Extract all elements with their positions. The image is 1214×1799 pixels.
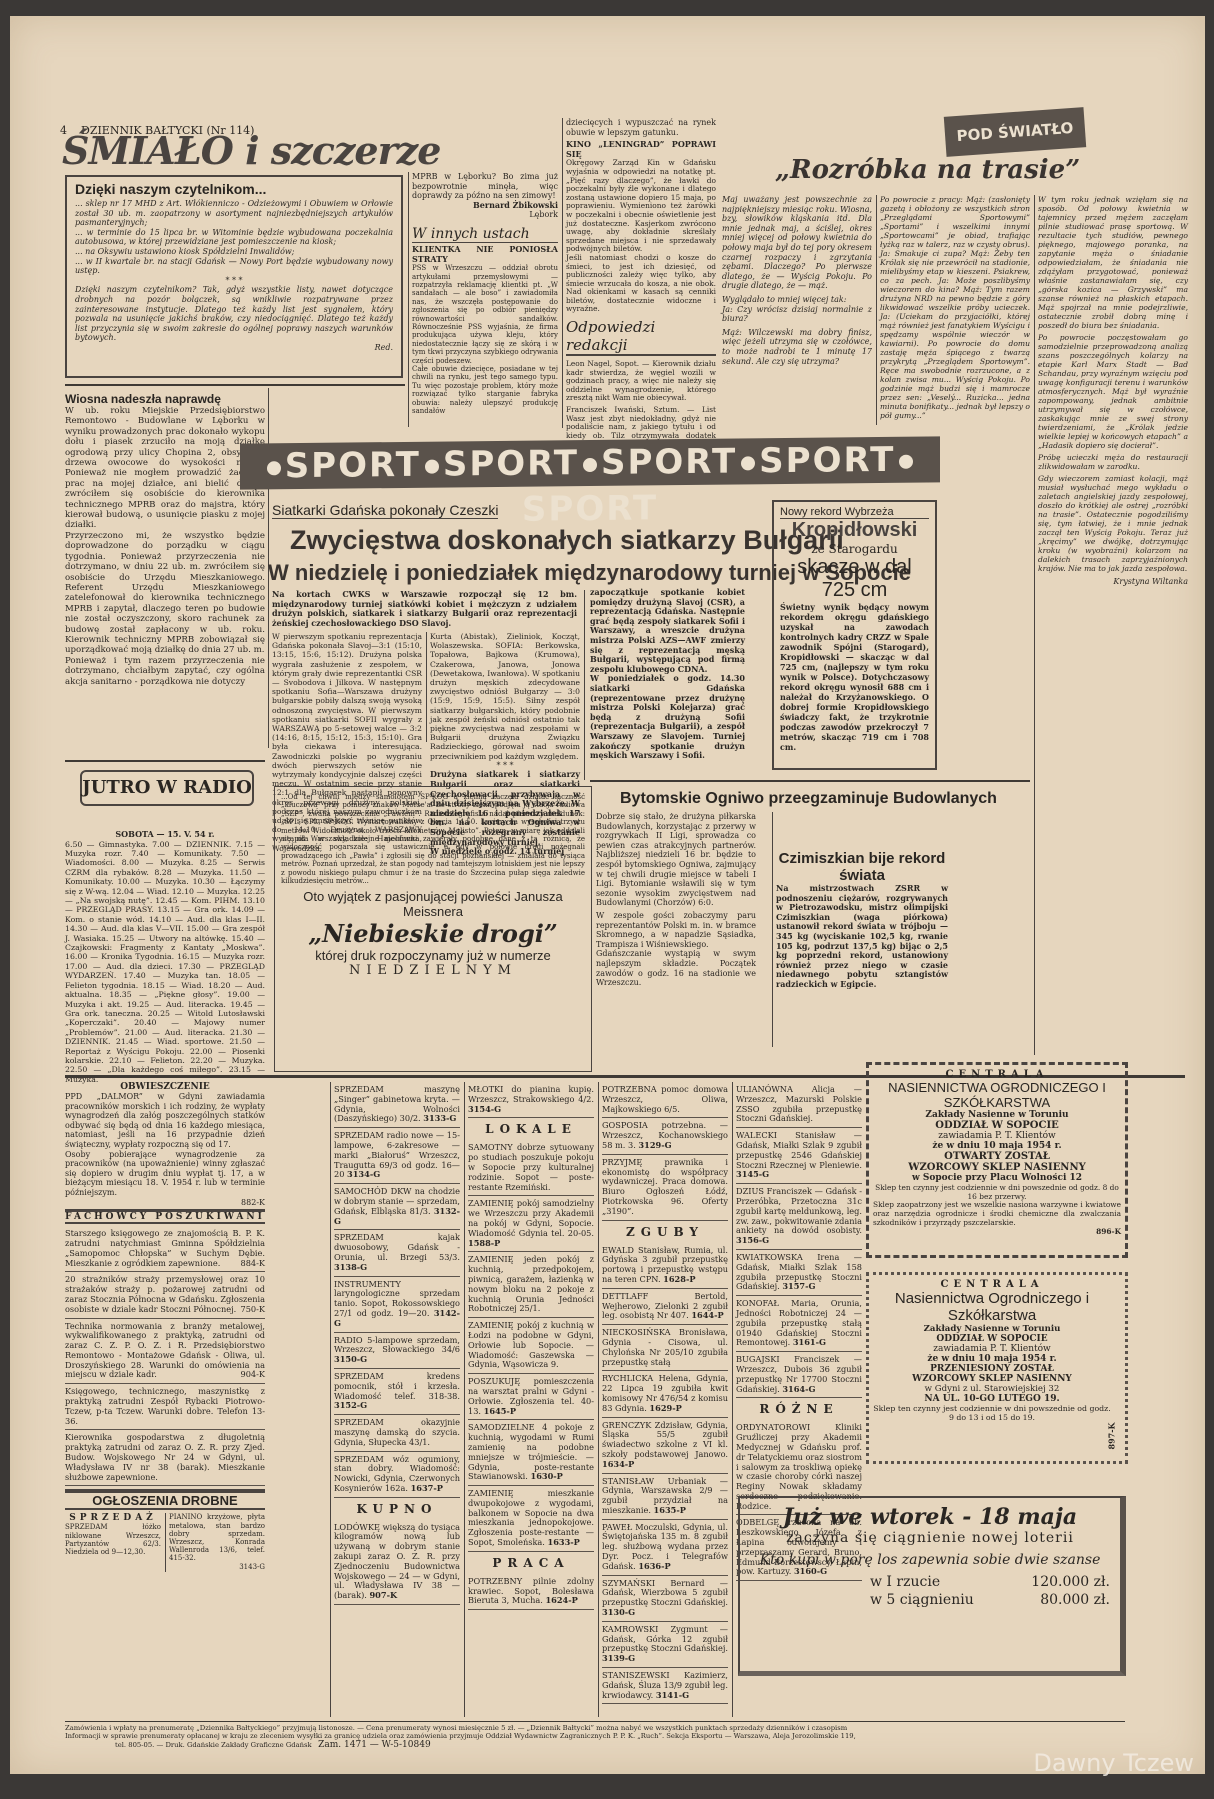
ad-line: że w dniu 10 maja 1954 r. bbox=[873, 1354, 1111, 1364]
code: 3143-G bbox=[169, 1563, 265, 1573]
ad-line: Sklep ten czynny jest codziennie w dni p… bbox=[873, 1183, 1121, 1201]
code: 3133-G bbox=[423, 1113, 456, 1123]
classifieds-col2: SPRZEDAM maszynę „Singer” gabinetowa kry… bbox=[334, 1082, 460, 1605]
code: 1628-P bbox=[663, 1274, 695, 1284]
ad-line: że w dniu 10 maja 1954 r. bbox=[873, 1141, 1121, 1151]
radio-logo: JUTRO W RADIO bbox=[80, 770, 254, 806]
ad-text: WALECKI Stanisław — Gdańsk, Miałki Szlak… bbox=[736, 1130, 862, 1169]
ad-line: NA UL. 10-GO LUTEGO 19. bbox=[873, 1394, 1111, 1404]
lost-item-ad: KONOFAŁ Maria, Orunia, Jedności Robotnic… bbox=[736, 1296, 862, 1352]
lottery-row: w I rzucie 120.000 zł. bbox=[870, 1574, 1110, 1590]
code: 904-K bbox=[240, 1370, 265, 1380]
classified-ad: SPRZEDAM radio nowe — 15-lampowe, 6-zakr… bbox=[334, 1128, 460, 1184]
ad-text: KAMROWSKI Zygmunt — Gdańsk, Górka 12 zgu… bbox=[602, 1624, 728, 1654]
watermark: Dawny Tczew bbox=[1033, 1749, 1194, 1777]
section-title: OGŁOSZENIA DROBNE bbox=[65, 1489, 265, 1510]
section-title: FACHOWCY POSZUKIWANI bbox=[65, 1209, 265, 1224]
headline: skacze w dal 725 cm bbox=[780, 556, 929, 602]
code: 1636-P bbox=[638, 1561, 670, 1571]
ad-line: ODDZIAŁ W SOPOCIE bbox=[873, 1120, 1121, 1131]
radio-day: SOBOTA — 15. V. 54 r. bbox=[65, 830, 265, 840]
classified-ad: SPRZEDAM kredens pomocnik, stół i krzesł… bbox=[334, 1369, 460, 1415]
code: 3139-G bbox=[602, 1653, 635, 1663]
code: 3164-G bbox=[782, 1384, 815, 1394]
rozrobka-title: „Rozróbka na trasie” bbox=[775, 155, 1080, 185]
signature: Red. bbox=[75, 343, 393, 353]
classified-ad: GOSPOSIA potrzebna. — Wrzeszcz, Kochanow… bbox=[602, 1118, 728, 1154]
lost-item-ad: WALECKI Stanisław — Gdańsk, Miałki Szlak… bbox=[736, 1128, 862, 1184]
lost-item-ad: DETTLAFF Bertold, Wejherowo, Zielonki 2 … bbox=[602, 1289, 728, 1325]
sport-col-c: zapoczątkuje spotkanie kobiet pomiędzy d… bbox=[590, 588, 745, 761]
signature: Krystyna Wiltanka bbox=[1038, 577, 1188, 587]
footer: Zamówienia i wpłaty na prenumeratę „Dzie… bbox=[65, 1724, 1125, 1749]
job-ad: Kierownika gospodarstwa z długoletnią pr… bbox=[65, 1432, 265, 1481]
lost-item-ad: ULIANÓWNA Alicja — Wrzeszcz, Mazurski Po… bbox=[736, 1082, 862, 1128]
promo-line: której druk rozpoczynamy już w numerze bbox=[281, 948, 585, 963]
ad-line: zawiadamia P. T. Klientów bbox=[873, 1131, 1121, 1141]
promo-line: NIEDZIELNYM bbox=[281, 963, 585, 978]
ad-line: PRZENIESIONY ZOSTAŁ bbox=[873, 1364, 1111, 1374]
lost-item-ad: GRENCZYK Zdzisław, Gdynia, Śląska 55/5 z… bbox=[602, 1418, 728, 1474]
readers-item: ... sklep nr 17 MHD z Art. Włókienniczo … bbox=[75, 199, 393, 228]
classified-ad: LODÓWKĘ większą do tysiąca kilogramów no… bbox=[334, 1520, 460, 1605]
section-title: PRACA bbox=[468, 1556, 594, 1570]
lost-item-ad: DZIUS Franciszek — Gdańsk - Przeróbka, P… bbox=[736, 1184, 862, 1250]
section-title: ZGUBY bbox=[602, 1225, 728, 1239]
prize-amount: 80.000 zł. bbox=[1040, 1592, 1110, 1608]
code: 1588-P bbox=[468, 1238, 500, 1248]
ad-line: Nasiennictwa Ogrodniczego i Szkółkarstwa bbox=[873, 1290, 1111, 1324]
ad-text: PRZYJMĘ prawnika i ekonomistę do współpr… bbox=[602, 1157, 728, 1216]
ad-line: CENTRALA bbox=[873, 1069, 1121, 1080]
code: 3130-G bbox=[602, 1607, 635, 1617]
ad-text: SPRZEDAM kredens pomocnik, stół i krzesł… bbox=[334, 1371, 460, 1401]
code: 3150-G bbox=[334, 1354, 367, 1364]
prize-amount: 120.000 zł. bbox=[1031, 1574, 1110, 1590]
code: 884-K bbox=[240, 1259, 265, 1269]
lead: Na kortach CWKS w Warszawie rozpoczął si… bbox=[272, 590, 577, 628]
ad-line: Sklep zaopatrzony jest we wszelkie nasio… bbox=[873, 1201, 1121, 1227]
section-title: SPRZEDAŻ bbox=[65, 1513, 161, 1523]
classified-ad: POTRZEBNY pilnie zdolny krawiec. Sopot, … bbox=[468, 1574, 594, 1610]
classified-ad: INSTRUMENTY laryngologiczne sprzedam tan… bbox=[334, 1277, 460, 1333]
bytom-text: Dobrze się stało, że drużyna piłkarska B… bbox=[596, 812, 756, 988]
ad-line: WZORCOWY SKLEP NASIENNY bbox=[873, 1162, 1121, 1173]
classified-ad: SPRZEDAM maszynę „Singer” gabinetowa kry… bbox=[334, 1082, 460, 1128]
classified-ad: PIANINO krzyżowe, płyta metalowa, stan b… bbox=[169, 1513, 265, 1562]
code: 3156-G bbox=[736, 1235, 769, 1245]
lottery-row: w 5 ciągnieniu 80.000 zł. bbox=[870, 1592, 1110, 1608]
ad-text: SPRZEDAM okazyjnie maszynę damską do szy… bbox=[334, 1417, 460, 1447]
ad-text: SPRZEDAM kajak dwuosobowy, Gdańsk - Orun… bbox=[334, 1232, 460, 1262]
section-title: RÓŻNE bbox=[736, 1402, 862, 1416]
job-ad: 20 strażników straży przemysłowej oraz 1… bbox=[65, 1274, 265, 1313]
sport-lead: Na kortach CWKS w Warszawie rozpoczął si… bbox=[272, 590, 577, 628]
code: 3157-G bbox=[782, 1281, 815, 1291]
text: Dobrze się stało, że drużyna piłkarska B… bbox=[596, 812, 756, 908]
ad-line: w Gdyni z ul. Starowiejskiej 32 bbox=[873, 1384, 1111, 1394]
code: 1630-P bbox=[531, 1471, 563, 1481]
text: Gdańszczanie wystąpią w swym najlepszym … bbox=[596, 949, 756, 987]
rozrobka-col3: W tym roku jednak wzięłam się na sposób.… bbox=[1038, 195, 1188, 587]
classified-ad: SAMODZIELNE 4 pokoje z kuchnią, wygodami… bbox=[468, 1420, 594, 1486]
ad-text: ZAMIENIĘ jeden pokój z kuchnią, przedpok… bbox=[468, 1254, 594, 1313]
classified-ad: ZAMIENIĘ pokój z kuchnią w Łodzi na podo… bbox=[468, 1318, 594, 1374]
classifieds-col4: POTRZEBNA pomoc domowa Wrzeszcz, Oliwa, … bbox=[602, 1082, 728, 1704]
code: 3154-G bbox=[468, 1104, 501, 1114]
article-text: W ub. roku Miejskie Przedsiębiorstwo Rem… bbox=[65, 406, 265, 531]
item-text: Całe obuwie dziecięce, posiadane w tej c… bbox=[412, 365, 558, 415]
ad-text: POTRZEBNA pomoc domowa Wrzeszcz, Oliwa, … bbox=[602, 1084, 728, 1114]
classified-ad: ZAMIENIĘ jeden pokój z kuchnią, przedpok… bbox=[468, 1252, 594, 1318]
subhead: ze Starogardu bbox=[780, 542, 929, 556]
text: W poniedziałek o godz. 14.30 siatkarki G… bbox=[590, 674, 745, 760]
sport-word: SPORT bbox=[285, 445, 421, 486]
bytom-title: Bytomskie Ogniwo przeegzaminuje Budowlan… bbox=[620, 790, 997, 808]
classified-ad: SAMOCHÓD DKW na chodzie w dobrym stanie … bbox=[334, 1184, 460, 1230]
item-title: KINO „LENINGRAD” POPRAWI SIĘ bbox=[566, 140, 716, 159]
ad-text: SAMOTNY dobrze sytuowany po studiach pos… bbox=[468, 1142, 594, 1191]
code: 1637-P bbox=[411, 1483, 443, 1493]
title: Czimiszkian bije rekord świata bbox=[776, 850, 948, 884]
kicker: Nowy rekord Wybrzeża bbox=[780, 506, 929, 519]
text: Kurta (Abistak), Zieliniok, Kocząt, Wola… bbox=[430, 632, 580, 761]
code: 3145-G bbox=[736, 1169, 769, 1179]
ad-line: WZORCOWY SKLEP NASIENNY bbox=[873, 1374, 1111, 1384]
ad-line: Zakłady Nasienne w Toruniu bbox=[873, 1324, 1111, 1334]
ad-line: NASIENNICTWA OGRODNICZEGO I SZKÓŁKARSTWA bbox=[873, 1080, 1121, 1110]
text: Mąż: Wilczewski ma dobry finisz, więc je… bbox=[722, 328, 872, 366]
headline: Kropidłowski bbox=[780, 519, 929, 542]
classifieds-col3: MŁOTKI do pianina kupię. Wrzeszcz, Strak… bbox=[468, 1082, 594, 1610]
ad-line: Sklep ten czynny jest codziennie w dni p… bbox=[873, 1404, 1111, 1422]
kropidlowski-box: Nowy rekord Wybrzeża Kropidłowski ze Sta… bbox=[772, 500, 937, 770]
prize-label: w 5 ciągnieniu bbox=[870, 1592, 974, 1608]
rozrobka-col2: Po powrocie z pracy: Mąż: (zasłonięty ga… bbox=[880, 195, 1030, 420]
centrala-ad-2: CENTRALA Nasiennictwa Ogrodniczego i Szk… bbox=[866, 1272, 1128, 1464]
code: 3134-G bbox=[347, 1169, 380, 1179]
wiosna-article: Wiosna nadeszła naprawdę W ub. roku Miej… bbox=[65, 392, 265, 687]
ad-text: GRENCZYK Zdzisław, Gdynia, Śląska 55/5 z… bbox=[602, 1420, 728, 1459]
reply: Leon Nagel, Sopot. — Kierownik działu ka… bbox=[566, 360, 716, 403]
radio-program: SOBOTA — 15. V. 54 r. 6.50 — Gimnastyka.… bbox=[65, 830, 265, 1084]
classified-ad: SPRZEDAM łóżko niklowane Wrzeszcz, Party… bbox=[65, 1523, 161, 1556]
classified-ad: MŁOTKI do pianina kupię. Wrzeszcz, Strak… bbox=[468, 1082, 594, 1118]
ad-line: CENTRALA bbox=[873, 1279, 1111, 1290]
lost-item-ad: KWIATKOWSKA Irena — Gdańsk, Miałki Szlak… bbox=[736, 1250, 862, 1296]
article-title: Wiosna nadeszła naprawdę bbox=[65, 392, 265, 406]
ad-line: Zakłady Nasienne w Toruniu bbox=[873, 1110, 1121, 1120]
classified-ad: POSZUKUJĘ pomieszczenia na warsztat pral… bbox=[468, 1374, 594, 1420]
text: Ja: Czy wrócisz dzisiaj normalnie z biur… bbox=[722, 305, 872, 324]
readers-item: ... w terminie do 15 lipca br. w Witomin… bbox=[75, 228, 393, 247]
item-text: Jeśli natomiast chodzi o kosze do śmieci… bbox=[566, 254, 716, 314]
text: zapoczątkuje spotkanie kobiet pomiędzy d… bbox=[590, 588, 745, 674]
text: Wyglądało to mniej więcej tak: bbox=[722, 295, 872, 305]
item-text: Okręgowy Zarząd Kin w Gdańsku wyjaśnia w… bbox=[566, 159, 716, 254]
code: 896-K bbox=[873, 1227, 1121, 1236]
ad-text: LODÓWKĘ większą do tysiąca kilogramów no… bbox=[334, 1522, 460, 1601]
lost-item-ad: EWALD Stanisław, Rumia, ul. Gdyńska 3 zg… bbox=[602, 1243, 728, 1289]
code: 3138-G bbox=[334, 1262, 367, 1272]
section-title: Odpowiedzi redakcji bbox=[566, 318, 716, 356]
ad-text: SZYMAŃSKI Bernard — Gdańsk, Wierzbowa 5 … bbox=[602, 1578, 728, 1608]
readers-box: Dzięki naszym czytelnikom... ... sklep n… bbox=[65, 175, 403, 378]
lost-item-ad: BUGAJSKI Franciszek — Wrzeszcz, Dubois 3… bbox=[736, 1352, 862, 1398]
col2-letters: MPRB w Lęborku? Bo zima już bezpowrotnie… bbox=[412, 172, 558, 415]
prize-label: w I rzucie bbox=[870, 1574, 940, 1590]
footer-line: tel. 805-05. — Druk. Gdańskie Zakłady Gr… bbox=[115, 1741, 312, 1749]
code: 1634-P bbox=[602, 1459, 634, 1469]
classified-ad: RADIO 5-lampowe sprzedam, Wrzeszcz, Słow… bbox=[334, 1333, 460, 1369]
item-text: PSS w Wrzeszczu — oddział obrotu artykuł… bbox=[412, 264, 558, 365]
code: 3161-G bbox=[793, 1337, 826, 1347]
classified-ad: SAMOTNY dobrze sytuowany po studiach pos… bbox=[468, 1140, 594, 1196]
text: Osoby pobierające wynagrodzenie za praco… bbox=[65, 1150, 265, 1198]
classified-ad: SPRZEDAM kajak dwuosobowy, Gdańsk - Orun… bbox=[334, 1230, 460, 1276]
code: 1624-P bbox=[545, 1595, 577, 1605]
ad-text: MŁOTKI do pianina kupię. Wrzeszcz, Strak… bbox=[468, 1084, 594, 1104]
text: Próbę ucieczki męża do restauracji zlikw… bbox=[1038, 453, 1188, 471]
footer-line: Zamówienia i wpłaty na prenumeratę „Dzie… bbox=[65, 1724, 1125, 1732]
classified-ad: PRZYJMĘ prawnika i ekonomistę do współpr… bbox=[602, 1155, 728, 1221]
section-title: W innych ustach bbox=[412, 226, 558, 243]
text: Po powrocie z pracy: Mąż: (zasłonięty ga… bbox=[880, 195, 1030, 420]
obwieszczenie: OBWIESZCZENIE PPD „DALMOR” w Gdyni zawia… bbox=[65, 1082, 265, 1572]
code: 1645-P bbox=[484, 1406, 516, 1416]
lost-item-ad: RYCHLICKA Helena, Gdynia, 22 Lipca 19 zg… bbox=[602, 1371, 728, 1417]
code: 1644-P bbox=[691, 1310, 723, 1320]
text: Na mistrzostwach ZSRR w podnoszeniu cięż… bbox=[776, 884, 948, 990]
letter-author: Bernard Żbikowski bbox=[412, 201, 558, 211]
sport-word: SPORT bbox=[601, 441, 737, 482]
classified-ad: ZAMIENIĘ pokój samodzielny we Wrzeszczu … bbox=[468, 1196, 594, 1252]
ad-line: ODDZIAŁ W SOPOCIE bbox=[873, 1334, 1111, 1344]
classified-ad: SPRZEDAM wóz ogumiony, stan dobry. Wiado… bbox=[334, 1452, 460, 1498]
lost-item-ad: PAWEŁ Moczulski, Gdynia, ul. Świętojańsk… bbox=[602, 1520, 728, 1576]
classified-ad: ZAMIENIĘ mieszkanie dwupokojowe z wygoda… bbox=[468, 1486, 594, 1552]
lost-item-ad: STANISZEWSKI Kazimierz, Gdańsk, Śluza 13… bbox=[602, 1668, 728, 1704]
text: dziecięcych i wypuszczać na rynek obuwie… bbox=[566, 118, 716, 137]
sport-word: SPORT bbox=[759, 440, 895, 481]
czim-article: Czimiszkian bije rekord świata Na mistrz… bbox=[776, 850, 948, 990]
readers-closing: Dzięki naszym czytelnikom? Tak, gdyż wsz… bbox=[75, 285, 393, 343]
lost-item-ad: NIECKOSIŃSKA Bronisława, Gdynia - Cisowa… bbox=[602, 1325, 728, 1371]
niebieskie-box: ...Od tej chwili między samolotem SP-KOG… bbox=[274, 786, 592, 1072]
lottery-line: Kto kupi w porę los zapewnia sobie dwie … bbox=[750, 1552, 1110, 1568]
stars: * * * bbox=[75, 276, 393, 286]
sport-headline: Zwycięstwa doskonałych siatkarzy Bułgari… bbox=[290, 525, 844, 556]
ad-text: ZAMIENIĘ pokój z kuchnią w Łodzi na podo… bbox=[468, 1320, 594, 1369]
sport-word: SPORT bbox=[443, 443, 579, 484]
ad-line: OTWARTY ZOSTAŁ bbox=[873, 1151, 1121, 1162]
classified-ad: POTRZEBNA pomoc domowa Wrzeszcz, Oliwa, … bbox=[602, 1082, 728, 1118]
ad-text: ZAMIENIĘ pokój samodzielny we Wrzeszczu … bbox=[468, 1198, 594, 1237]
letter-end: MPRB w Lęborku? Bo zima już bezpowrotnie… bbox=[412, 172, 558, 201]
code: 3141-G bbox=[656, 1690, 689, 1700]
lost-item-ad: KAMROWSKI Zygmunt — Gdańsk, Górka 12 zgu… bbox=[602, 1622, 728, 1668]
ad-line: w Sopocie przy Placu Wolności 12 bbox=[873, 1173, 1121, 1183]
text: W tym roku jednak wzięłam się na sposób.… bbox=[1038, 195, 1188, 330]
article-text: Ponieważ i tym razem przyrzeczenia nie d… bbox=[65, 656, 265, 687]
ad-text: DZIUS Franciszek — Gdańsk - Przeróbka, P… bbox=[736, 1186, 862, 1235]
smialo-logo: ŚMIAŁO i szczerze bbox=[62, 128, 440, 173]
code: 1633-P bbox=[548, 1537, 580, 1547]
sport-banner: SPORTSPORTSPORTSPORTSPORT bbox=[240, 436, 940, 489]
centrala-ad-1: CENTRALA NASIENNICTWA OGRODNICZEGO I SZK… bbox=[866, 1062, 1128, 1258]
rozrobka-col1: Maj uważany jest powszechnie za najpiękn… bbox=[722, 195, 872, 366]
code: 750-K bbox=[240, 1305, 265, 1315]
ad-text: ULIANÓWNA Alicja — Wrzeszcz, Mazurski Po… bbox=[736, 1084, 862, 1123]
section-title: LOKALE bbox=[468, 1122, 594, 1136]
letter-place: Lębork bbox=[412, 210, 558, 220]
text: W zespole gości zobaczymy paru reprezent… bbox=[596, 911, 756, 949]
lottery-headline: Już we wtorek - 18 maja bbox=[750, 1504, 1110, 1530]
text: Maj uważany jest powszechnie za najpiękn… bbox=[722, 195, 872, 291]
code: 1629-P bbox=[649, 1403, 681, 1413]
readers-item: ... na Oksywiu ustawiono kiosk Spółdziel… bbox=[75, 247, 393, 257]
lost-item-ad: STANISŁAW Urbaniak — Gdynia, Warszawska … bbox=[602, 1474, 728, 1520]
readers-item: ... w II kwartale br. na stacji Gdańsk —… bbox=[75, 257, 393, 276]
job-ad: Księgowego, technicznego, maszynistkę z … bbox=[65, 1386, 265, 1425]
code: 3152-G bbox=[334, 1400, 367, 1410]
ad-text: NIECKOSIŃSKA Bronisława, Gdynia - Cisowa… bbox=[602, 1327, 728, 1366]
text: Świetny wynik będący nowym rekordem okrę… bbox=[780, 602, 929, 752]
article-text: Przyrzeczono mi, że wszystko będzie dopr… bbox=[65, 531, 265, 656]
item-title: KLIENTKA NIE PONIOSŁA STRATY bbox=[412, 245, 558, 264]
text: PPD „DALMOR” w Gdyni zawiadamia pracowni… bbox=[65, 1092, 265, 1150]
code: 3129-G bbox=[638, 1140, 671, 1150]
code: 882-K bbox=[65, 1198, 265, 1208]
job-ad: Technika normowania z branży metalowej, … bbox=[65, 1321, 265, 1380]
promo-line: Oto wyjątek z pasjonującej powieści Janu… bbox=[281, 889, 585, 919]
title: OBWIESZCZENIE bbox=[65, 1082, 265, 1092]
col3: dziecięcych i wypuszczać na rynek obuwie… bbox=[566, 118, 716, 466]
ad-line: zawiadamia P. T. Klientów bbox=[873, 1344, 1111, 1354]
footer-line: Informacji w sprawie prenumeraty opłacan… bbox=[65, 1732, 1125, 1740]
sport-word: SPORT bbox=[522, 488, 658, 529]
excerpt: ...Od tej chwili między samolotem SP-KOG… bbox=[281, 793, 585, 885]
footer-order: Zam. 1471 — W-5-10849 bbox=[318, 1740, 431, 1750]
lost-item-ad: SZYMAŃSKI Bernard — Gdańsk, Wierzbowa 5 … bbox=[602, 1576, 728, 1622]
text: Po powrocie poczęstowałam go samodzielni… bbox=[1038, 333, 1188, 450]
lottery-sub: zaczyna się ciągnienie nowej loterii bbox=[750, 1530, 1110, 1546]
code: 907-K bbox=[369, 1590, 397, 1600]
section-title: KUPNO bbox=[334, 1502, 460, 1516]
code: 897-K bbox=[1107, 1423, 1117, 1450]
lottery-ad: Już we wtorek - 18 maja zaczyna się ciąg… bbox=[738, 1496, 1126, 1676]
code: 1635-P bbox=[654, 1505, 686, 1515]
text: Gdy wieczorem zamiast kolacji, mąż musia… bbox=[1038, 474, 1188, 573]
classified-ad: SPRZEDAM okazyjnie maszynę damską do szy… bbox=[334, 1415, 460, 1451]
ad-text: RADIO 5-lampowe sprzedam, Wrzeszcz, Słow… bbox=[334, 1335, 460, 1355]
book-title: „Niebieskie drogi” bbox=[281, 919, 585, 948]
sport-kicker: Siatkarki Gdańska pokonały Czeszki bbox=[272, 502, 498, 519]
radio-schedule: 6.50 — Gimnastyka. 7.00 — DZIENNIK. 7.15… bbox=[65, 840, 265, 1085]
readers-box-title: Dzięki naszym czytelnikom... bbox=[75, 181, 393, 197]
job-ad: Starszego księgowego ze znajomością B. P… bbox=[65, 1228, 265, 1267]
